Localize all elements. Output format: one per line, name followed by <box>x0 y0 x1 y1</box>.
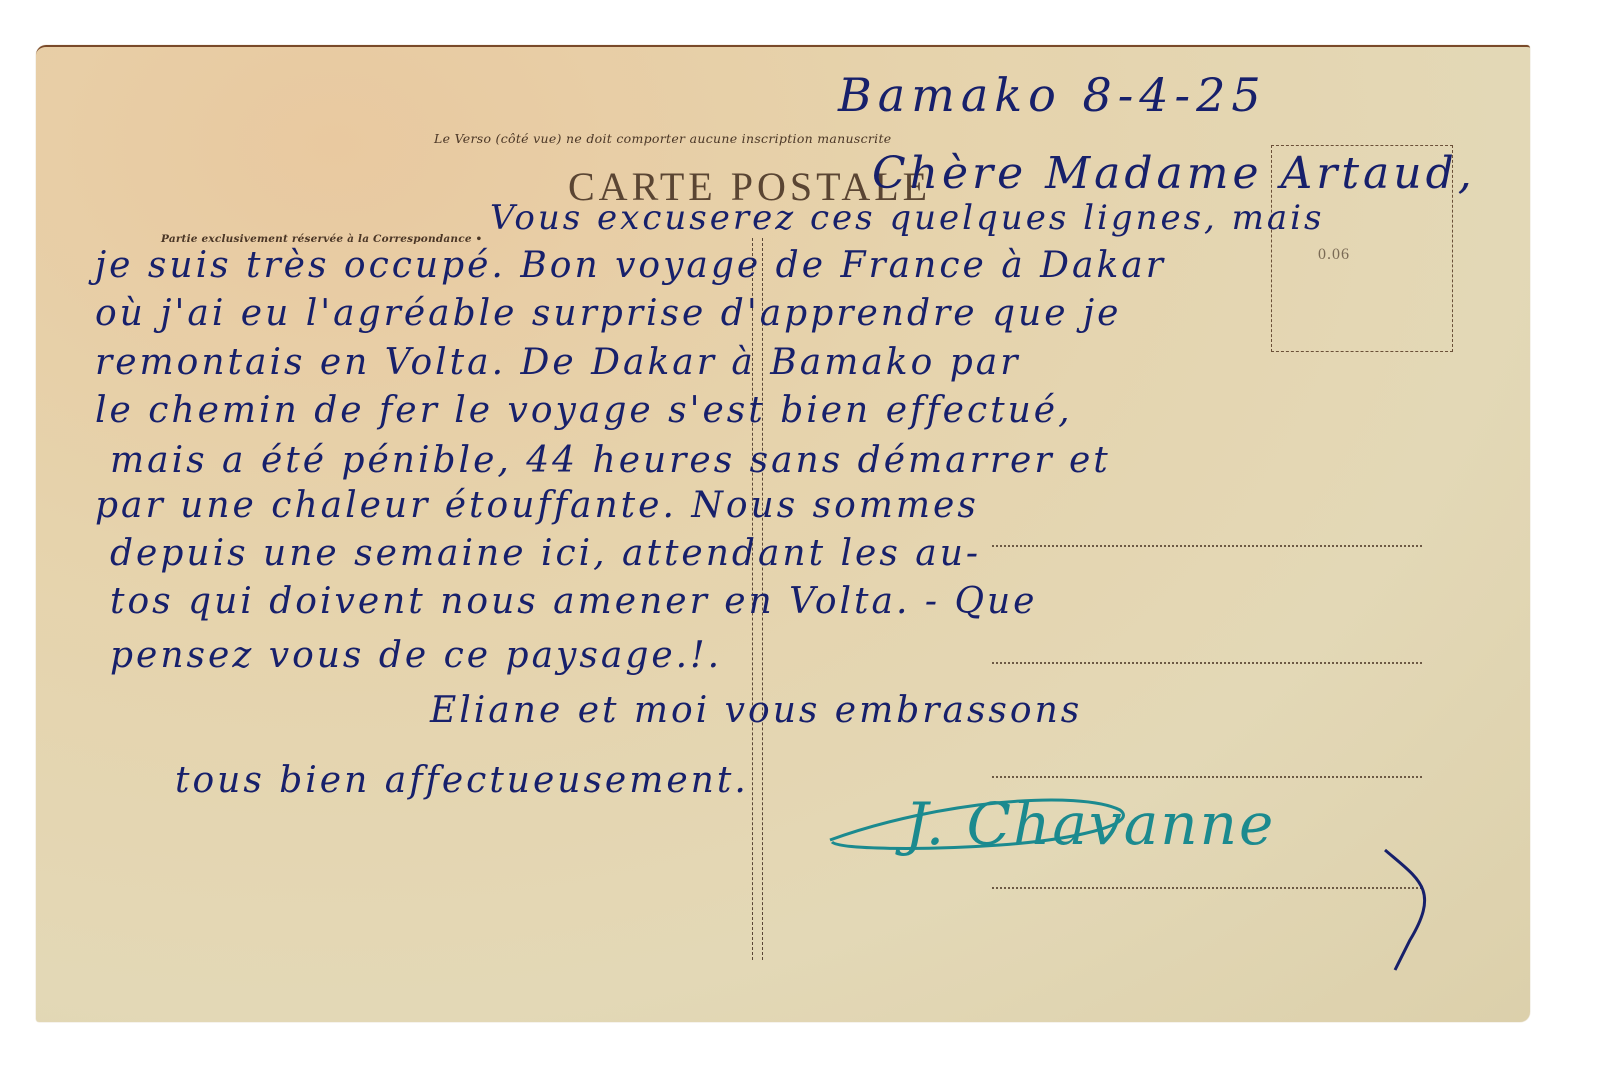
letter-line: par une chaleur étouffante. Nous sommes <box>95 485 979 526</box>
closing-line: tous bien affectueusement. <box>175 760 749 801</box>
letter-line: je suis très occupé. Bon voyage de Franc… <box>95 245 1166 286</box>
letter-line: où j'ai eu l'agréable surprise d'apprend… <box>95 293 1121 334</box>
letter-line: remontais en Volta. De Dakar à Bamako pa… <box>95 342 1020 383</box>
letter-line: depuis une semaine ici, attendant les au… <box>110 533 981 574</box>
letter-line: le chemin de fer le voyage s'est bien ef… <box>95 390 1073 431</box>
place-date: Bamako 8-4-25 <box>838 68 1267 122</box>
address-line <box>992 662 1422 664</box>
letter-line: mais a été pénible, 44 heures sans démar… <box>110 440 1111 481</box>
letter-line: tos qui doivent nous amener en Volta. - … <box>110 581 1037 622</box>
letter-line: pensez vous de ce paysage.!. <box>110 635 722 676</box>
verso-notice: Le Verso (côté vue) ne doit comporter au… <box>434 131 892 146</box>
address-line <box>992 776 1422 778</box>
letter-line: Vous excuserez ces quelques lignes, mais <box>490 198 1325 238</box>
stamp-value: 0.06 <box>1318 246 1350 264</box>
salutation: Chère Madame Artaud, <box>872 148 1476 199</box>
correspondence-notice: Partie exclusivement réservée à la Corre… <box>161 233 482 245</box>
signature: J. Chavanne <box>905 790 1275 858</box>
closing-line: Eliane et moi vous embrassons <box>430 690 1082 731</box>
address-line <box>992 545 1422 547</box>
